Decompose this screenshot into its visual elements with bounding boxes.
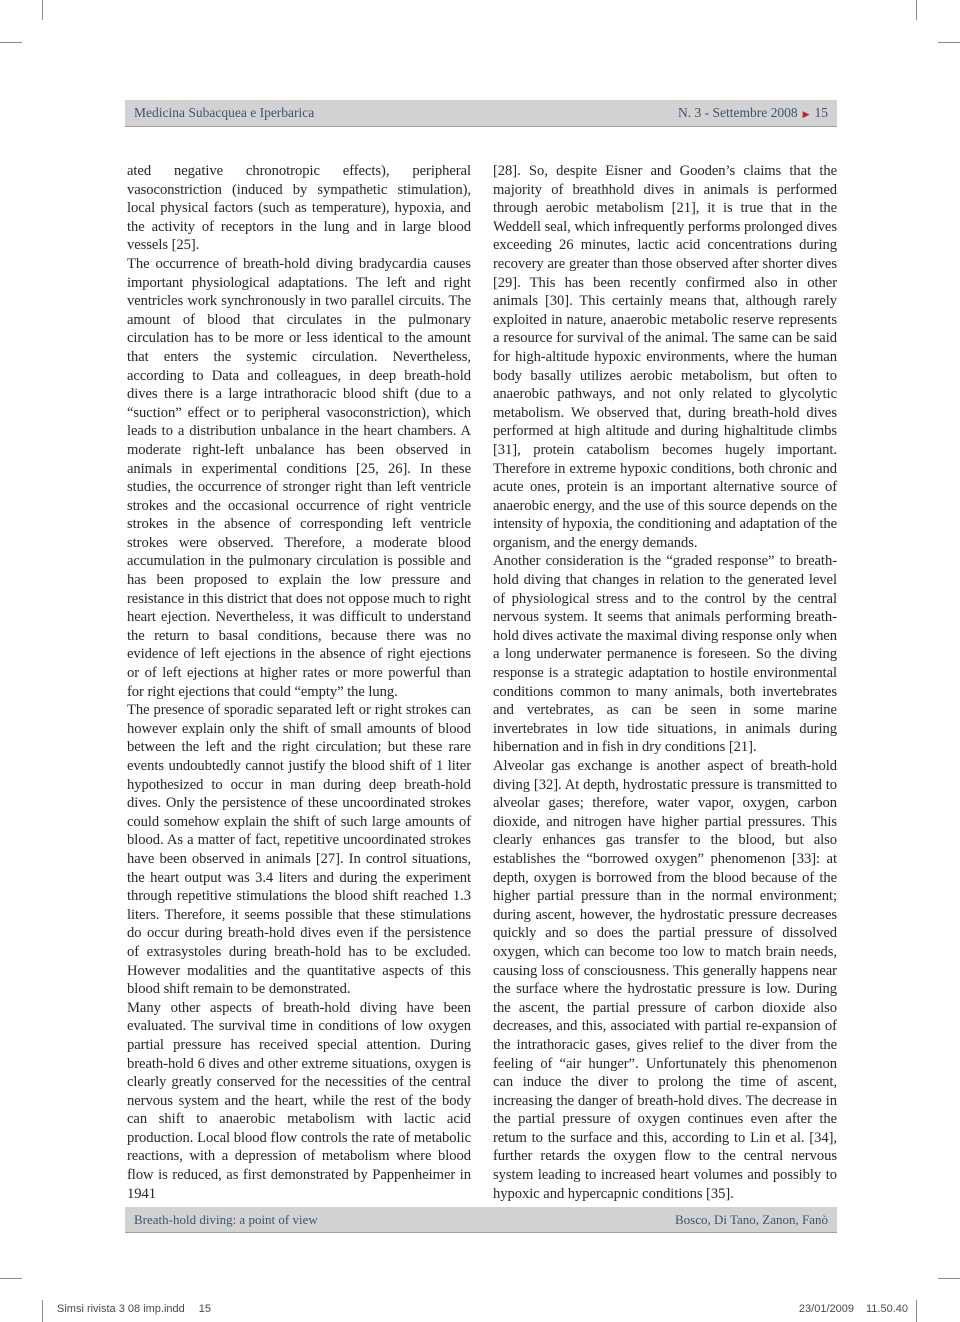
crop-mark-bottom-left-horizontal (0, 1278, 22, 1279)
article-title: Breath-hold diving: a point of view (134, 1212, 318, 1228)
running-head: Medicina Subacquea e Iperbarica N. 3 - S… (125, 100, 837, 127)
crop-mark-bottom-right-vertical (916, 1300, 917, 1322)
crop-mark-top-left-horizontal (0, 42, 22, 43)
issue-label: N. 3 - Settembre 2008 (678, 105, 798, 121)
crop-mark-top-left-vertical (42, 0, 43, 20)
article-body: ated negative chronotropic effects), per… (127, 162, 837, 1203)
slug-date: 23/01/2009 (799, 1303, 854, 1315)
paragraph: Alveolar gas exchange is another aspect … (493, 757, 837, 1203)
left-column: ated negative chronotropic effects), per… (127, 162, 471, 1203)
crop-mark-top-right-horizontal (938, 42, 960, 43)
slug-timestamp: 23/01/200911.50.40 (799, 1303, 908, 1315)
journal-page: Medicina Subacquea e Iperbarica N. 3 - S… (0, 0, 960, 1322)
slug-file-name: Simsi rivista 3 08 imp.indd (57, 1303, 185, 1315)
slug-time: 11.50.40 (866, 1303, 908, 1315)
paragraph: ated negative chronotropic effects), per… (127, 162, 471, 255)
paragraph: Many other aspects of breath-hold diving… (127, 999, 471, 1204)
running-foot: Breath-hold diving: a point of view Bosc… (125, 1207, 837, 1233)
crop-mark-top-right-vertical (916, 0, 917, 20)
right-column: [28]. So, despite Eisner and Gooden’s cl… (493, 162, 837, 1203)
crop-mark-bottom-left-vertical (42, 1300, 43, 1322)
slug-sheet-number: 15 (199, 1303, 211, 1315)
slug-file-info: Simsi rivista 3 08 imp.indd15 (57, 1303, 211, 1315)
authors: Bosco, Di Tano, Zanon, Fanò (675, 1212, 828, 1228)
paragraph: [28]. So, despite Eisner and Gooden’s cl… (493, 162, 837, 552)
paragraph: The presence of sporadic separated left … (127, 701, 471, 999)
paragraph: The occurrence of breath-hold diving bra… (127, 255, 471, 701)
page-number: 15 (815, 105, 829, 121)
page-marker-arrow-icon: ▶ (803, 110, 810, 119)
paragraph: Another consideration is the “graded res… (493, 552, 837, 757)
crop-mark-bottom-right-horizontal (938, 1278, 960, 1279)
issue-and-page: N. 3 - Settembre 2008 ▶ 15 (678, 105, 828, 121)
journal-title: Medicina Subacquea e Iperbarica (134, 105, 314, 121)
